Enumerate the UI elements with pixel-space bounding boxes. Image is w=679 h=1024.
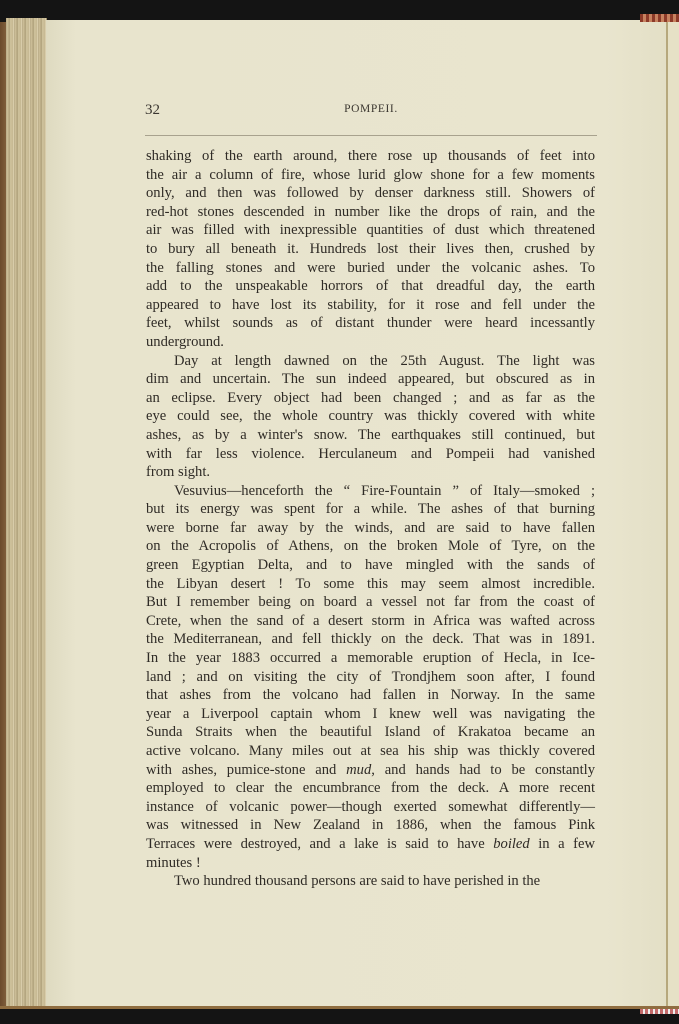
headband-top <box>640 14 679 22</box>
text-line: underground. <box>146 333 595 352</box>
text-line: active volcano. Many miles out at sea hi… <box>146 742 595 761</box>
text-line: Crete, when the sand of a desert storm i… <box>146 612 595 631</box>
text-line: ashes, as by a winter's snow. The earthq… <box>146 426 595 445</box>
text-line: minutes ! <box>146 854 595 873</box>
text-line: Two hundred thousand persons are said to… <box>146 872 595 891</box>
text-segment: , and hands had to be constantly <box>371 762 595 778</box>
text-segment: Terraces were destroyed, and a lake is s… <box>146 836 493 852</box>
text-line: But I remember being on board a vessel n… <box>146 593 595 612</box>
running-head: 32 POMPEII. <box>145 102 597 122</box>
text-line: eye could see, the whole country was thi… <box>146 407 595 426</box>
text-line: with ashes, pumice-stone and mud, and ha… <box>146 761 595 780</box>
text-line: but its energy was spent for a while. Th… <box>146 500 595 519</box>
text-segment: with ashes, pumice-stone and <box>146 762 346 778</box>
text-line: an eclipse. Every object had been change… <box>146 389 595 408</box>
text-line: feet, whilst sounds as of distant thunde… <box>146 314 595 333</box>
text-line: with far less violence. Herculaneum and … <box>146 445 595 464</box>
text-line: only, and then was followed by denser da… <box>146 184 595 203</box>
text-line: red-hot stones descended in number like … <box>146 203 595 222</box>
text-line: the air a column of fire, whose lurid gl… <box>146 166 595 185</box>
text-line: Day at length dawned on the 25th August.… <box>146 352 595 371</box>
running-title: POMPEII. <box>145 103 597 115</box>
cover-bottom-edge <box>0 1006 679 1009</box>
paragraph: Two hundred thousand persons are said to… <box>146 872 595 891</box>
italic-word: boiled <box>493 836 529 852</box>
body-text: shaking of the earth around, there rose … <box>146 147 595 891</box>
text-line: from sight. <box>146 463 595 482</box>
text-line: air was filled with inexpressible quanti… <box>146 221 595 240</box>
text-line: employed to clear the encumbrance from t… <box>146 779 595 798</box>
text-line: dim and uncertain. The sun indeed appear… <box>146 370 595 389</box>
paragraph: Day at length dawned on the 25th August.… <box>146 352 595 482</box>
text-line: land ; and on visiting the city of Trond… <box>146 668 595 687</box>
paragraph: Vesuvius—henceforth the “ Fire-Fountain … <box>146 482 595 872</box>
text-line: appeared to have lost its stability, for… <box>146 296 595 315</box>
text-line: green Egyptian Delta, and to have mingle… <box>146 556 595 575</box>
text-line: add to the unspeakable horrors of that d… <box>146 277 595 296</box>
text-line: that ashes from the volcano had fallen i… <box>146 686 595 705</box>
text-line: In the year 1883 occurred a memorable er… <box>146 649 595 668</box>
page-edges-stack <box>6 18 47 1006</box>
text-line: on the Acropolis of Athens, on the broke… <box>146 537 595 556</box>
text-line: Sunda Straits when the beautiful Island … <box>146 723 595 742</box>
header-rule <box>145 135 597 136</box>
text-segment: in a few <box>530 836 595 852</box>
text-line: were borne far away by the winds, and ar… <box>146 519 595 538</box>
text-line: Vesuvius—henceforth the “ Fire-Fountain … <box>146 482 595 501</box>
italic-word: mud <box>346 762 371 778</box>
text-line: was witnessed in New Zealand in 1886, wh… <box>146 816 595 835</box>
text-line: instance of volcanic power—though exerte… <box>146 798 595 817</box>
paragraph: shaking of the earth around, there rose … <box>146 147 595 352</box>
text-line: shaking of the earth around, there rose … <box>146 147 595 166</box>
facing-page-edge <box>668 22 679 1006</box>
text-line: the falling stones and were buried under… <box>146 259 595 278</box>
text-line: year a Liverpool captain whom I knew wel… <box>146 705 595 724</box>
text-line: Terraces were destroyed, and a lake is s… <box>146 835 595 854</box>
text-line: to bury all beneath it. Hundreds lost th… <box>146 240 595 259</box>
text-line: the Libyan desert ! To some this may see… <box>146 575 595 594</box>
text-line: the Mediterranean, and fell thickly on t… <box>146 630 595 649</box>
